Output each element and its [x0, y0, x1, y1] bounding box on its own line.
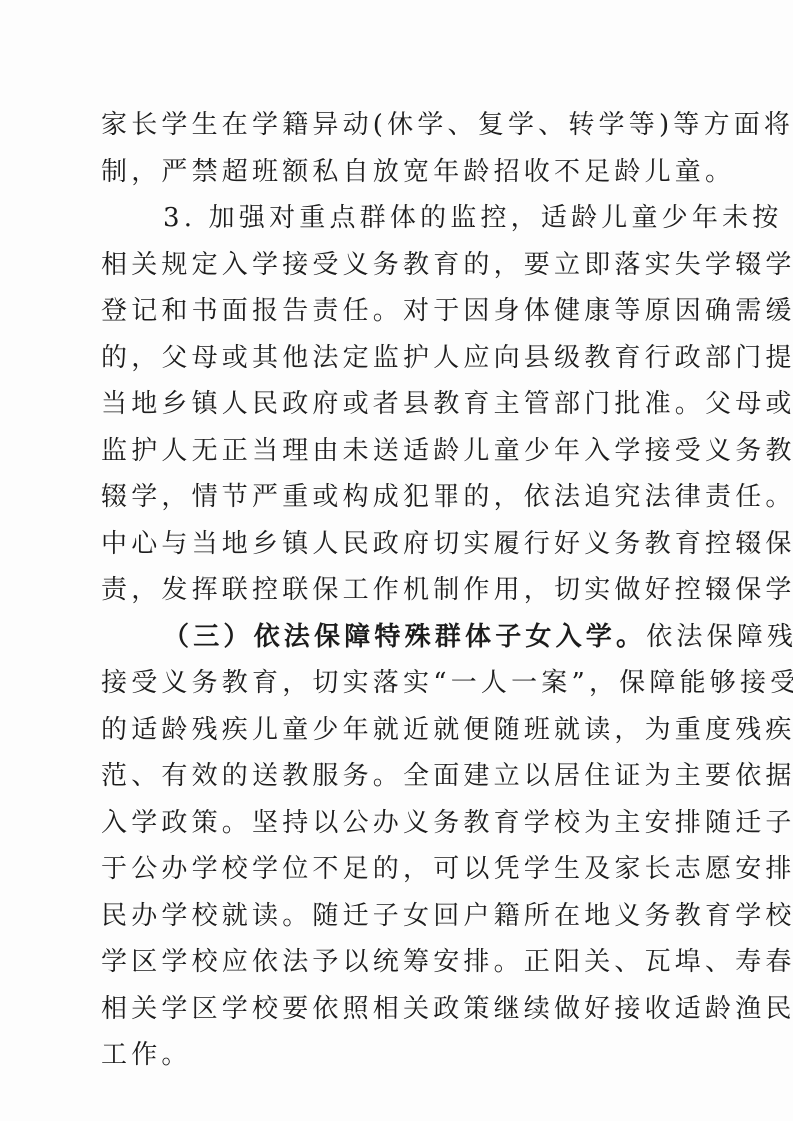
- text-line: 于公办学校学位不足的，可以凭学生及家长志愿安排在有学位的: [101, 853, 703, 885]
- text-line: 家长学生在学籍异动(休学、复学、转学等)等方面将受到严格限: [101, 109, 703, 141]
- text-line: 相关学区学校要依照相关政策继续做好接收适龄渔民子女入学: [101, 993, 703, 1025]
- section-text: 依法保障残疾儿童少年: [646, 622, 793, 652]
- text-line: 中心与当地乡镇人民政府切实履行好义务教育控辍保学法定职: [101, 528, 703, 560]
- text-line: 范、有效的送教服务。全面建立以居住证为主要依据的随迁子女: [101, 760, 703, 792]
- text-line: 监护人无正当理由未送适龄儿童少年入学接受义务教育或造成: [101, 435, 703, 467]
- text-line: 辍学，情节严重或构成犯罪的，依法追究法律责任。各学区管理: [101, 481, 703, 513]
- text-line: 入学政策。坚持以公办义务教育学校为主安排随迁子女就学，对: [101, 807, 703, 839]
- text-line: 接受义务教育，切实落实“一人一案”，保障能够接受普通教育: [101, 667, 703, 699]
- text-line: 的，父母或其他法定监护人应向县级教育行政部门提出申请，由: [101, 342, 703, 374]
- text-line: 民办学校就读。随迁子女回户籍所在地义务教育学校就读的，各: [101, 900, 703, 932]
- text-line: 3. 加强对重点群体的监控，适龄儿童少年未按《义务教育法》: [163, 202, 703, 234]
- text-line: 学区学校应依法予以统筹安排。正阳关、瓦埠、寿春、八公山等: [101, 946, 703, 978]
- text-line: 当地乡镇人民政府或者县教育主管部门批准。父母或者其他法定: [101, 388, 703, 420]
- text-line: 相关规定入学接受义务教育的，要立即落实失学辍学学生劝返、: [101, 249, 703, 281]
- text-line: 制，严禁超班额私自放宽年龄招收不足龄儿童。: [101, 156, 703, 188]
- text-line: 登记和书面报告责任。对于因身体健康等原因确需缓学或者休学: [101, 295, 703, 327]
- text-line: 的适龄残疾儿童少年就近就便随班就读，为重度残疾学生提供规: [101, 714, 703, 746]
- section-heading-line: （三）依法保障特殊群体子女入学。依法保障残疾儿童少年: [163, 621, 703, 653]
- text-line: 工作。: [101, 1039, 703, 1071]
- text-line: 责，发挥联控联保工作机制作用，切实做好控辍保学工作。: [101, 574, 703, 606]
- section-heading-3: （三）依法保障特殊群体子女入学。: [163, 622, 646, 652]
- document-page: 家长学生在学籍异动(休学、复学、转学等)等方面将受到严格限 制，严禁超班额私自放…: [0, 0, 793, 1121]
